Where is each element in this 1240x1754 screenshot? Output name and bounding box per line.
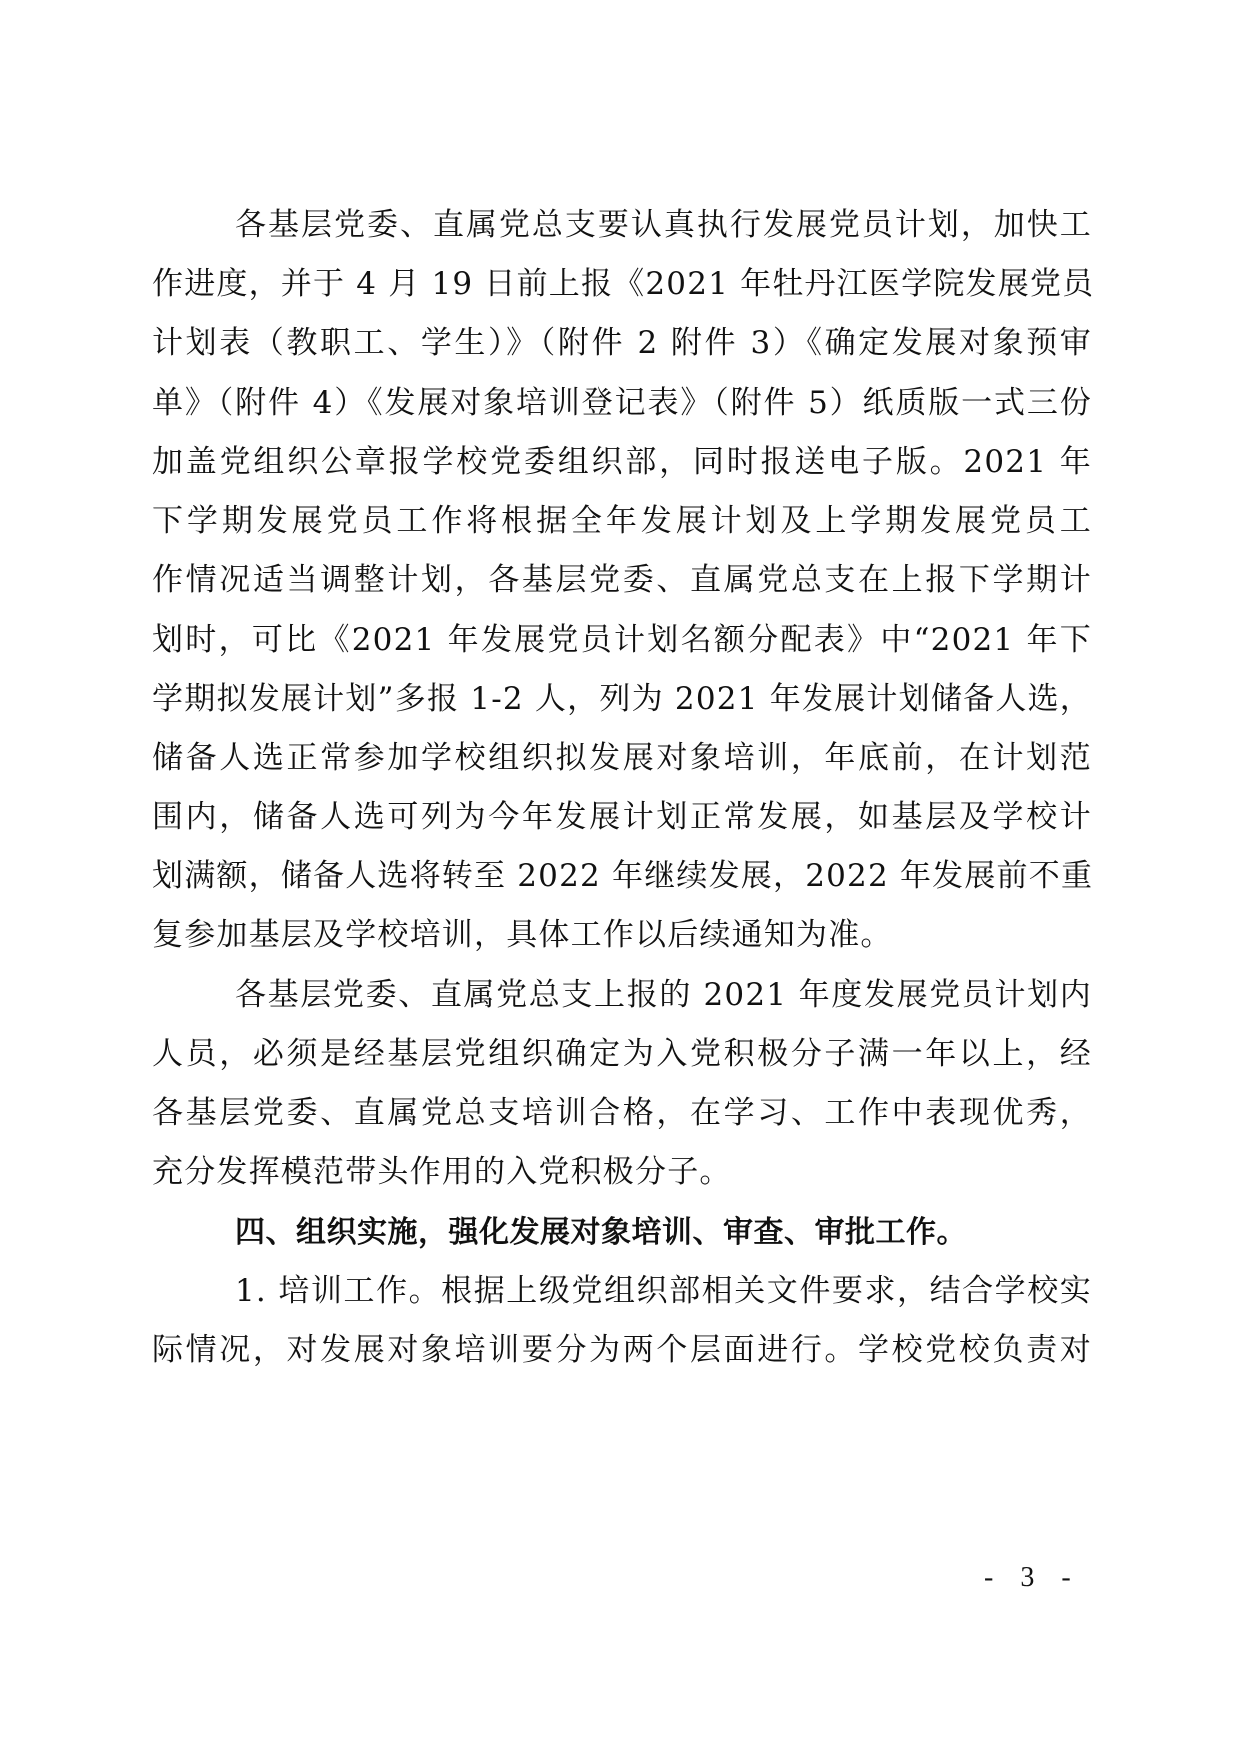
paragraph-2-line-1: 各基层党委、直属党总支上报的 2021 年度发展党员计划内 (235, 966, 1092, 1025)
paragraph-2-line-2: 人员，必须是经基层党组织确定为入党积极分子满一年以上，经 (152, 1025, 1092, 1084)
page-number: - 3 - (984, 1562, 1081, 1594)
paragraph-1-line-3: 计划表（教职工、学生）》（附件 2 附件 3）《确定发展对象预审 (152, 314, 1092, 373)
paragraph-1-line-8: 划时，可比《2021 年发展党员计划名额分配表》中“2021 年下 (152, 611, 1092, 670)
subsection-1-line-1: 1. 培训工作。根据上级党组织部相关文件要求，结合学校实 (235, 1262, 1092, 1321)
paragraph-1-line-13: 复参加基层及学校培训，具体工作以后续通知为准。 (152, 906, 1092, 965)
paragraph-1-line-5: 加盖党组织公章报学校党委组织部，同时报送电子版。2021 年 (152, 433, 1092, 492)
paragraph-1-line-6: 下学期发展党员工作将根据全年发展计划及上学期发展党员工 (152, 492, 1092, 551)
paragraph-1-line-4: 单》（附件 4）《发展对象培训登记表》（附件 5）纸质版一式三份 (152, 374, 1092, 433)
paragraph-1-line-1: 各基层党委、直属党总支要认真执行发展党员计划，加快工 (235, 196, 1092, 255)
paragraph-2-line-3: 各基层党委、直属党总支培训合格，在学习、工作中表现优秀， (152, 1084, 1092, 1143)
paragraph-2-line-4: 充分发挥模范带头作用的入党积极分子。 (152, 1143, 1092, 1202)
subsection-1-line-2: 际情况，对发展对象培训要分为两个层面进行。学校党校负责对 (152, 1321, 1092, 1380)
section-heading: 四、组织实施，强化发展对象培训、审查、审批工作。 (235, 1203, 1092, 1262)
paragraph-1-line-9: 学期拟发展计划”多报 1-2 人，列为 2021 年发展计划储备人选， (152, 670, 1092, 729)
paragraph-1-line-10: 储备人选正常参加学校组织拟发展对象培训，年底前，在计划范 (152, 729, 1092, 788)
paragraph-1-line-2: 作进度，并于 4 月 19 日前上报《2021 年牡丹江医学院发展党员 (152, 255, 1092, 314)
paragraph-1-line-12: 划满额，储备人选将转至 2022 年继续发展，2022 年发展前不重 (152, 847, 1092, 906)
paragraph-1-line-11: 围内，储备人选可列为今年发展计划正常发展，如基层及学校计 (152, 788, 1092, 847)
paragraph-1-line-7: 作情况适当调整计划，各基层党委、直属党总支在上报下学期计 (152, 551, 1092, 610)
document-page: 各基层党委、直属党总支要认真执行发展党员计划，加快工 作进度，并于 4 月 19… (0, 0, 1240, 1754)
